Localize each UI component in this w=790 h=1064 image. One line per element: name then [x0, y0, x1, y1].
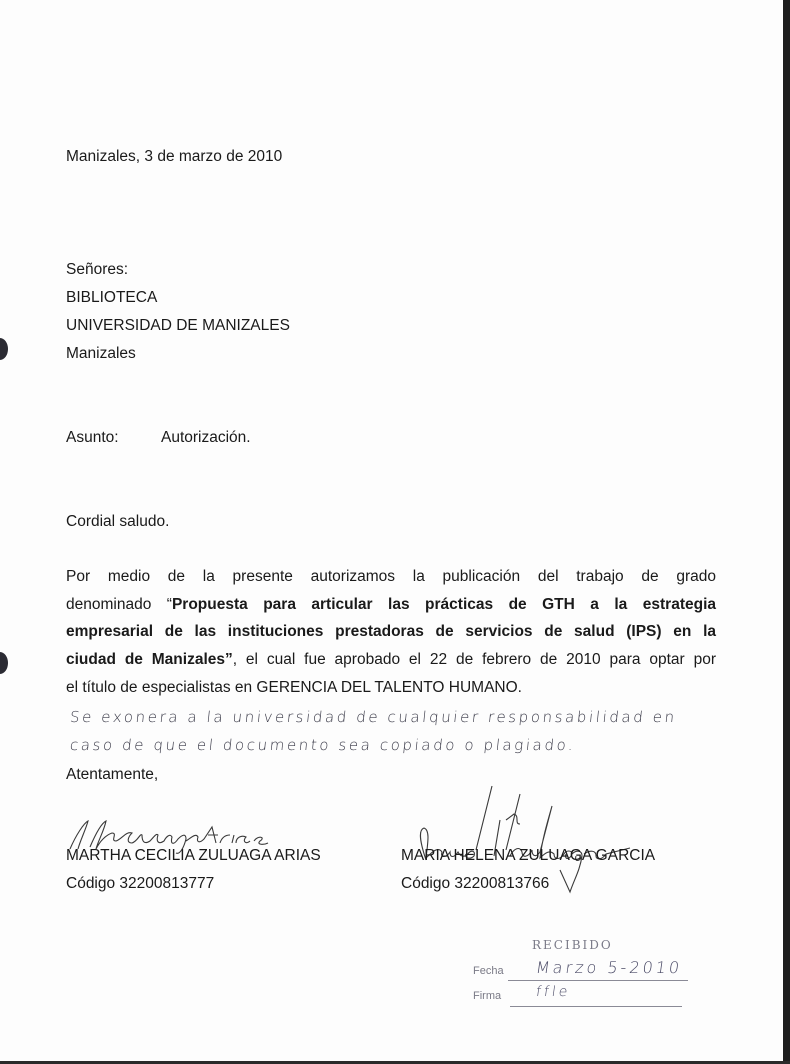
subject-label: Asunto: — [66, 429, 119, 447]
stamp-date-value: Marzo 5-2010 — [535, 958, 684, 977]
stamp-signature-underline — [510, 1006, 682, 1007]
recipient-salutation: Señores: — [66, 261, 128, 279]
stamp-date-label: Fecha — [473, 965, 504, 977]
body-text: denominado “ — [66, 596, 172, 613]
scan-right-border — [783, 0, 790, 1064]
signatory-2-code: Código 32200813766 — [401, 875, 549, 893]
thesis-title-part-2: empresarial de las instituciones prestad… — [66, 623, 716, 640]
received-stamp: RECIBIDO Fecha Marzo 5-2010 Firma ffle — [470, 938, 700, 1028]
stamp-date-underline — [508, 980, 688, 981]
recipient-line-1: BIBLIOTECA — [66, 289, 157, 307]
signatory-1-code: Código 32200813777 — [66, 875, 214, 893]
stamp-signature-value: ffle — [535, 984, 572, 1000]
recipient-line-2: UNIVERSIDAD DE MANIZALES — [66, 317, 290, 335]
stamp-signature-label: Firma — [473, 990, 501, 1002]
body-line-4: ciudad de Manizales”, el cual fue aproba… — [66, 646, 716, 674]
place-date: Manizales, 3 de marzo de 2010 — [66, 148, 282, 166]
body-text: , el cual fue aprobado el 22 de febrero … — [233, 651, 716, 668]
signatory-2-name: MARIA HELENA ZULUAGA GARCIA — [401, 847, 655, 865]
thesis-title-part-3: ciudad de Manizales” — [66, 651, 233, 668]
body-paragraph: Por medio de la presente autorizamos la … — [66, 563, 716, 701]
punch-hole-bottom — [0, 652, 8, 674]
body-line-5: el título de especialistas en GERENCIA D… — [66, 674, 716, 702]
recipient-line-3: Manizales — [66, 345, 136, 363]
handwritten-note-line-2: caso de que el documento sea copiado o p… — [69, 736, 576, 754]
body-line-1: Por medio de la presente autorizamos la … — [66, 563, 716, 591]
punch-hole-top — [0, 338, 8, 360]
stamp-title: RECIBIDO — [532, 938, 613, 952]
body-line-2: denominado “Propuesta para articular las… — [66, 591, 716, 619]
closing: Atentamente, — [66, 766, 158, 784]
handwritten-note-line-1: Se exonera a la universidad de cualquier… — [69, 708, 678, 726]
signatory-1-name: MARTHA CECILIA ZULUAGA ARIAS — [66, 847, 321, 865]
greeting: Cordial saludo. — [66, 513, 169, 531]
thesis-title-part-1: Propuesta para articular las prácticas d… — [172, 596, 716, 613]
body-line-3: empresarial de las instituciones prestad… — [66, 618, 716, 646]
scanned-letter-page: Manizales, 3 de marzo de 2010 Señores: B… — [0, 0, 782, 1064]
subject-value: Autorización. — [161, 429, 251, 447]
